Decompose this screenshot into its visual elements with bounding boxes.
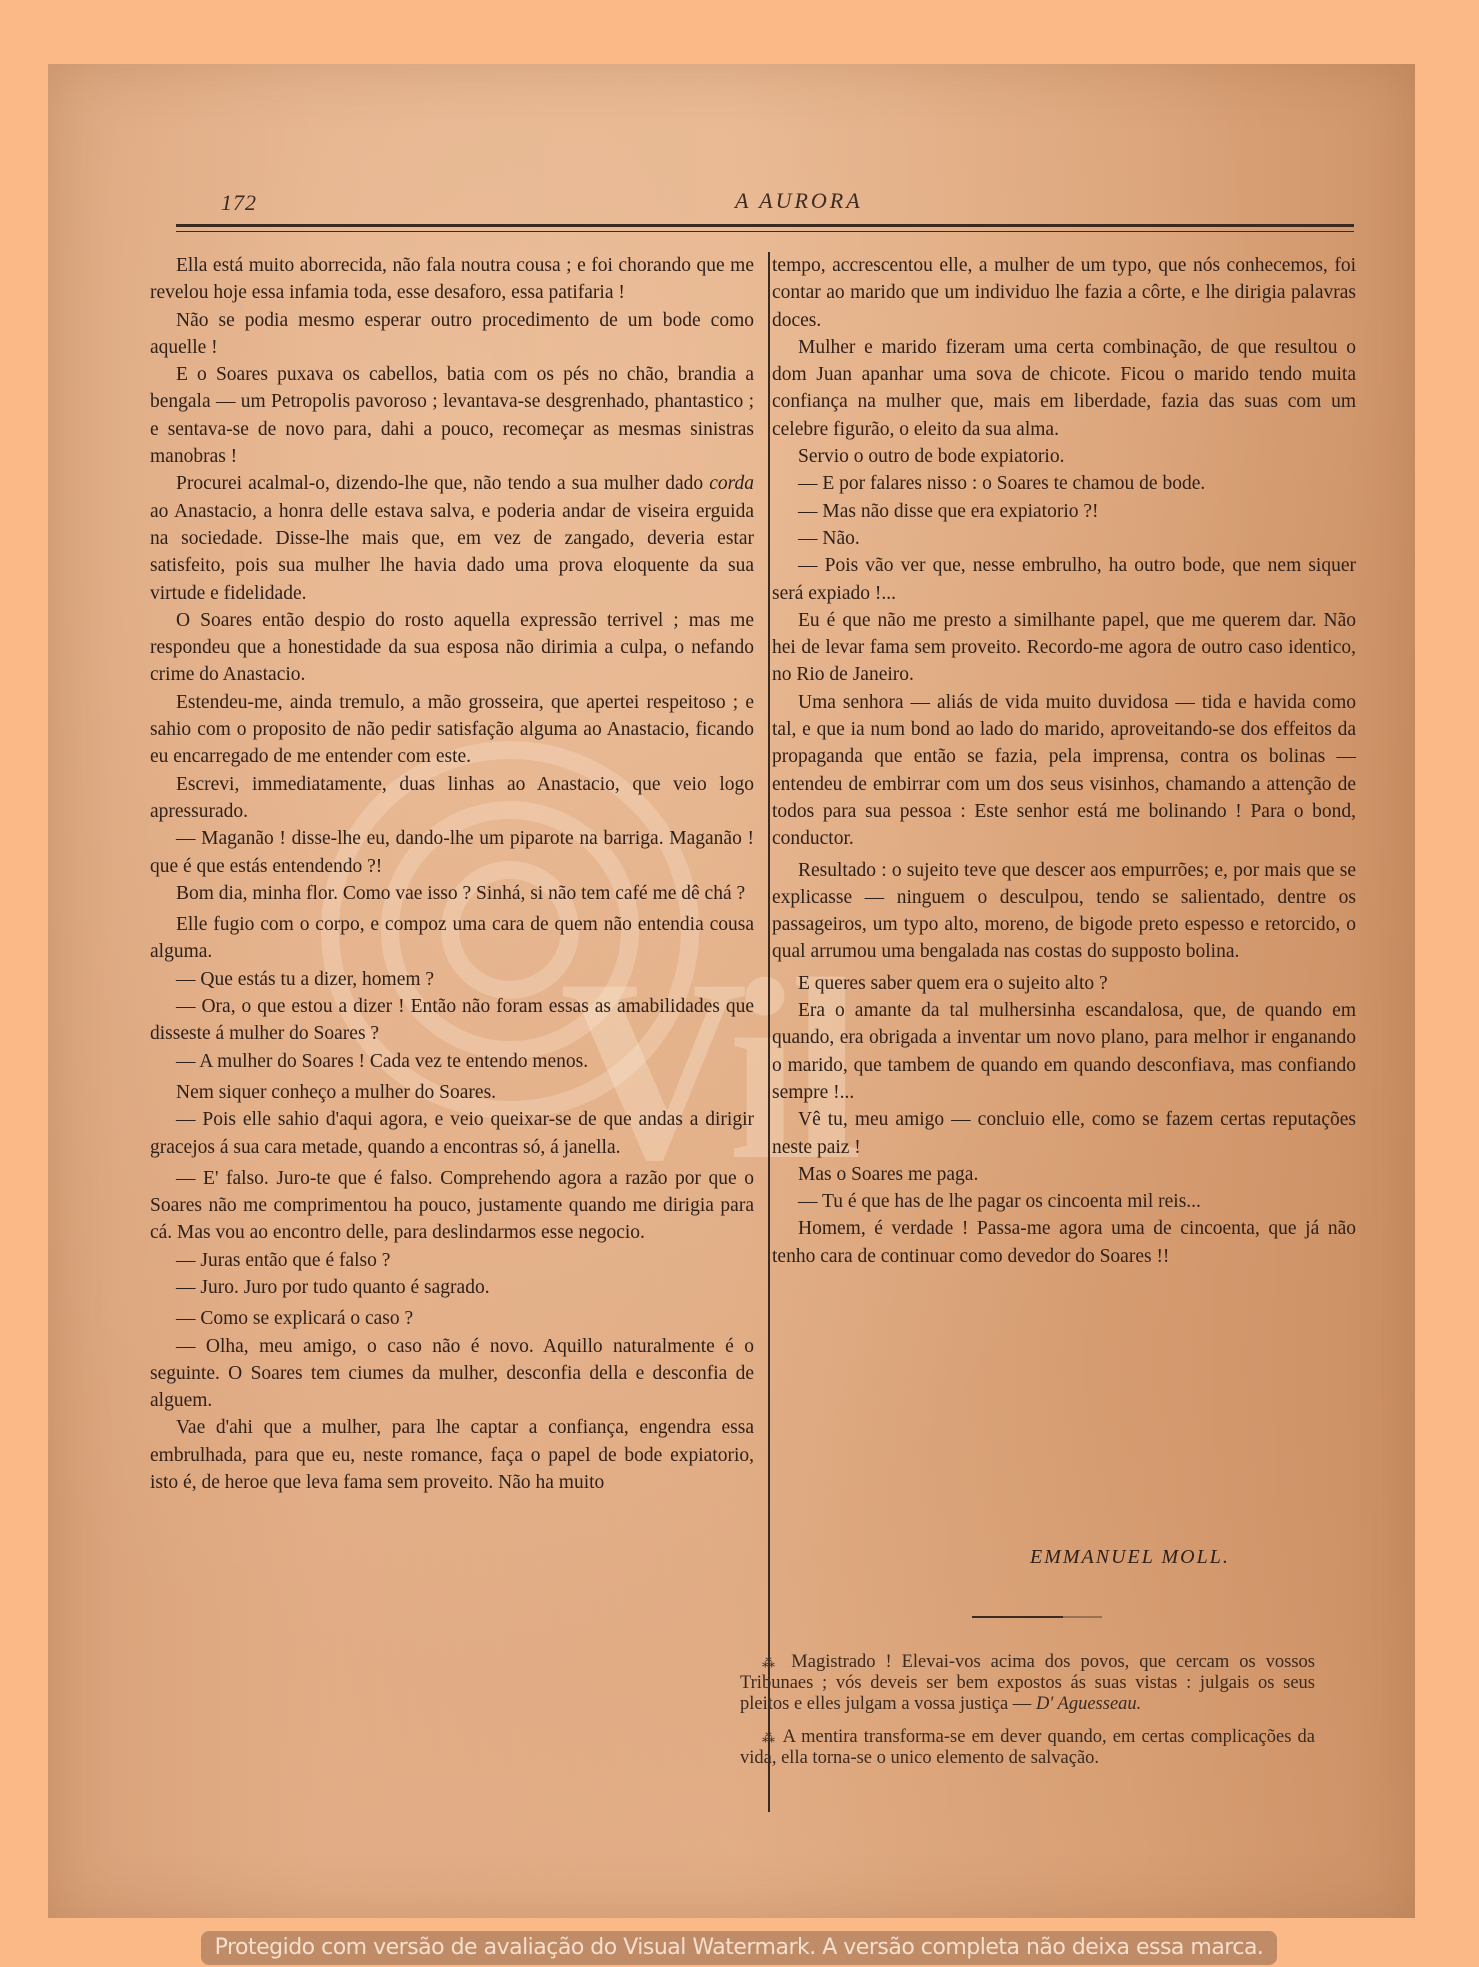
paragraph: Estendeu-me, ainda tremulo, a mão grosse… [150, 689, 754, 771]
maxim-text: Magistrado ! Elevai-vos acima dos povos,… [740, 1652, 1315, 1714]
header-rule [176, 224, 1354, 232]
italic-word: corda [709, 473, 754, 494]
paragraph: — Juras então que é falso ? [150, 1247, 754, 1274]
paragraph: Nem siquer conheço a mulher do Soares. [150, 1079, 754, 1106]
page-number: 172 [221, 190, 257, 216]
paragraph: Mulher e marido fizeram uma certa combin… [772, 334, 1356, 443]
paragraph: Elle fugio com o corpo, e compoz uma car… [150, 911, 754, 966]
paragraph: — Juro. Juro por tudo quanto é sagrado. [150, 1274, 754, 1301]
paragraph: — Ora, o que estou a dizer ! Então não f… [150, 993, 754, 1048]
article-left-column: Ella está muito aborrecida, não fala nou… [150, 252, 754, 1496]
paragraph: — E por falares nisso : o Soares te cham… [772, 470, 1356, 497]
paragraph: Mas o Soares me paga. [772, 1161, 1356, 1188]
watermark-banner: Protegido com versão de avaliação do Vis… [201, 1931, 1277, 1965]
paragraph: — Tu é que has de lhe pagar os cincoenta… [772, 1188, 1356, 1215]
paragraph: Não se podia mesmo esperar outro procedi… [150, 307, 754, 362]
paragraph: — Mas não disse que era expiatorio ?! [772, 498, 1356, 525]
paragraph: Procurei acalmal-o, dizendo-lhe que, não… [150, 470, 754, 606]
paragraph: — A mulher do Soares ! Cada vez te enten… [150, 1048, 754, 1075]
paragraph: — E' falso. Juro-te que é falso. Compreh… [150, 1165, 754, 1247]
paragraph: — Que estás tu a dizer, homem ? [150, 966, 754, 993]
maxims-section: ⁂ Magistrado ! Elevai-vos acima dos povo… [740, 1652, 1315, 1781]
paragraph: O Soares então despio do rosto aquella e… [150, 607, 754, 689]
maxim: ⁂ Magistrado ! Elevai-vos acima dos povo… [740, 1652, 1315, 1715]
paragraph: E queres saber quem era o sujeito alto ? [772, 970, 1356, 997]
article-right-column: tempo, accrescentou elle, a mulher de um… [772, 252, 1356, 1270]
paragraph: — Pois vão ver que, nesse embrulho, ha o… [772, 552, 1356, 607]
column-divider [768, 252, 770, 1812]
paragraph: Eu é que não me presto a similhante pape… [772, 607, 1356, 689]
paragraph: — Maganão ! disse-lhe eu, dando-lhe um p… [150, 825, 754, 880]
paragraph: Uma senhora — aliás de vida muito duvido… [772, 689, 1356, 853]
paragraph: — Como se explicará o caso ? [150, 1305, 754, 1332]
asterism-icon: ⁂ [762, 1730, 778, 1745]
maxim-attribution: D' Aguesseau. [1036, 1694, 1141, 1714]
page-header: 172 A AURORA [175, 186, 1355, 216]
paragraph: — Não. [772, 525, 1356, 552]
paragraph: tempo, accrescentou elle, a mulher de um… [772, 252, 1356, 334]
paragraph: Escrevi, immediatamente, duas linhas ao … [150, 771, 754, 826]
paragraph: Vae d'ahi que a mulher, para lhe captar … [150, 1414, 754, 1496]
asterism-icon: ⁂ [762, 1655, 781, 1670]
paragraph: Bom dia, minha flor. Como vae isso ? Sin… [150, 880, 754, 907]
paragraph: Era o amante da tal mulhersinha escandal… [772, 997, 1356, 1106]
ornamental-divider [972, 1616, 1102, 1618]
paragraph: — Pois elle sahio d'aqui agora, e veio q… [150, 1106, 754, 1161]
paragraph: Ella está muito aborrecida, não fala nou… [150, 252, 754, 307]
paragraph: Servio o outro de bode expiatorio. [772, 443, 1356, 470]
paragraph: — Olha, meu amigo, o caso não é novo. Aq… [150, 1333, 754, 1415]
maxim: ⁂ A mentira transforma-se em dever quand… [740, 1727, 1315, 1769]
maxim-text: A mentira transforma-se em dever quando,… [740, 1727, 1315, 1768]
author-signature: EMMANUEL MOLL. [1030, 1546, 1230, 1569]
paragraph: Resultado : o sujeito teve que descer ao… [772, 857, 1356, 966]
paragraph: Homem, é verdade ! Passa-me agora uma de… [772, 1215, 1356, 1270]
paragraph: Vê tu, meu amigo — concluio elle, como s… [772, 1106, 1356, 1161]
paragraph: E o Soares puxava os cabellos, batia com… [150, 361, 754, 470]
journal-title: A AURORA [735, 188, 863, 214]
